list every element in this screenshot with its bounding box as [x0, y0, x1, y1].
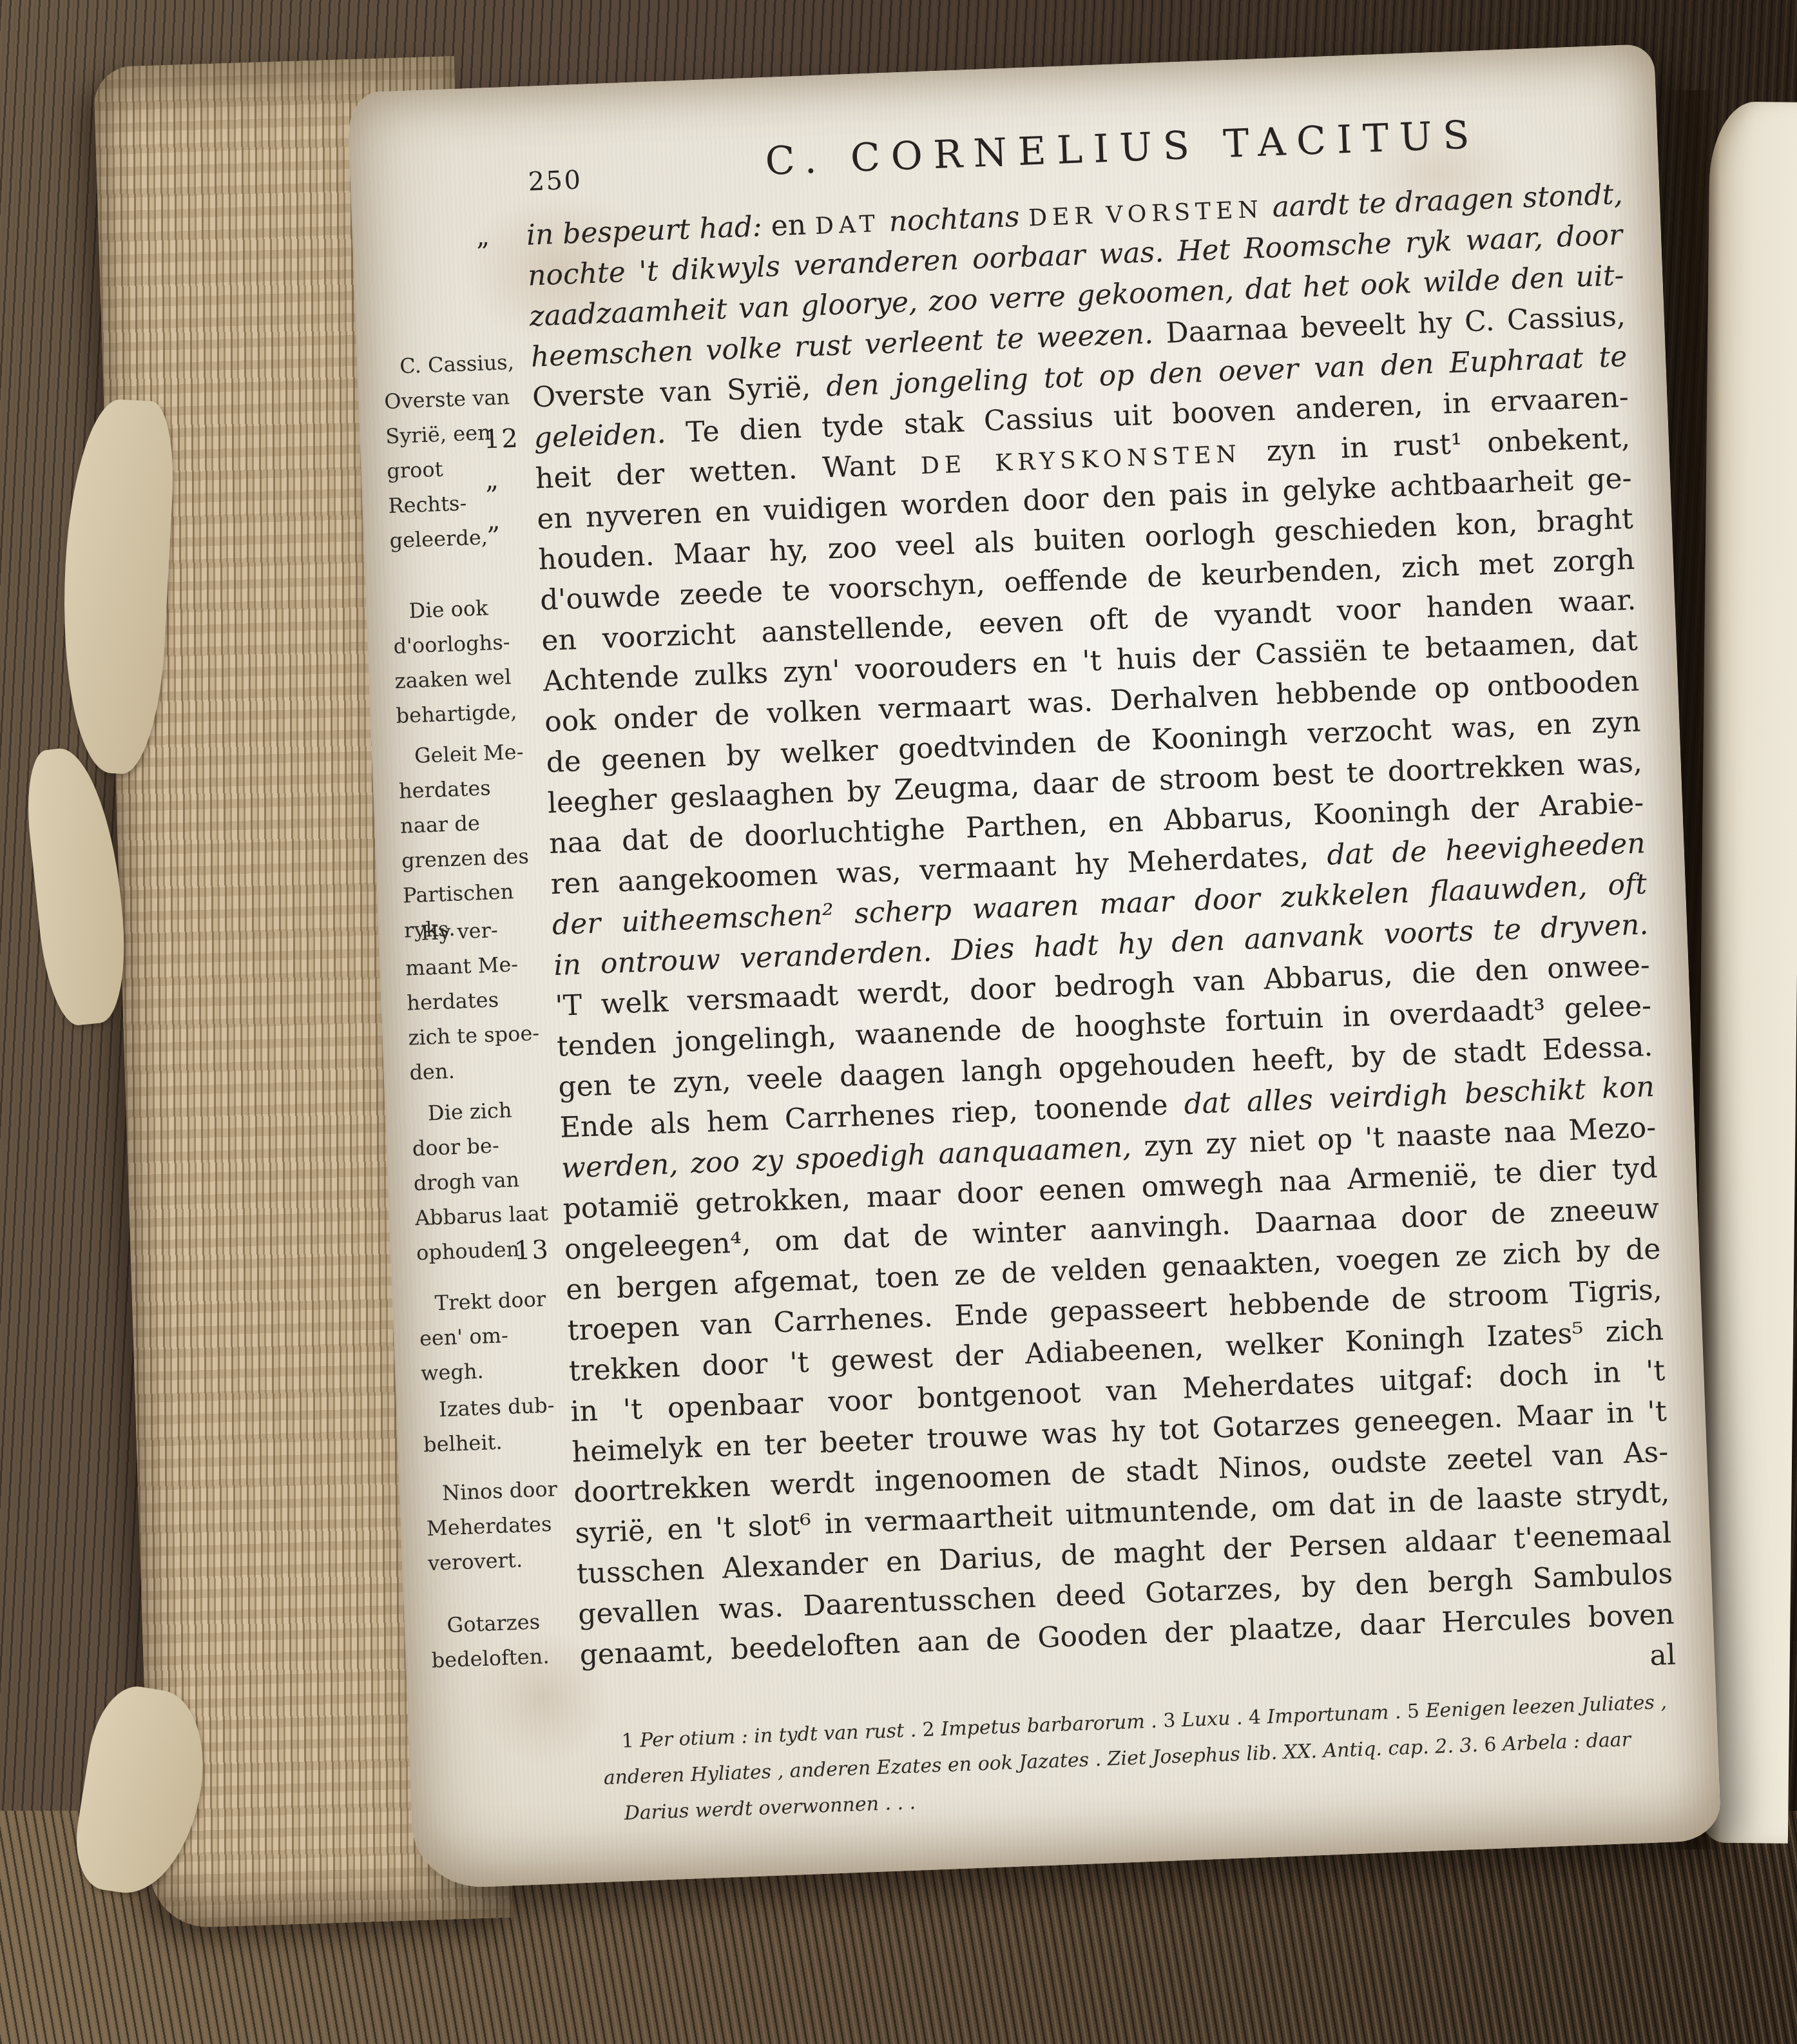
margin-note-line: naar de — [399, 804, 541, 844]
italic-text: Per otium : in tydt van rust . — [640, 1719, 923, 1751]
italic-text: Eenigen leezen Juliates , — [1425, 1691, 1667, 1722]
margin-note-line: herdates — [406, 980, 548, 1020]
margin-note-line: Ninos door — [425, 1471, 566, 1511]
running-title: C. CORNELIUS TACITUS — [626, 107, 1620, 189]
roman-text: 2 — [922, 1718, 941, 1741]
page-number: 250 — [528, 165, 582, 197]
roman-text: 1 — [621, 1730, 640, 1753]
smallcaps-text: DAT — [814, 210, 880, 240]
italic-text: in bespeurt had: — [526, 210, 772, 252]
italic-text: Luxu . — [1181, 1706, 1249, 1731]
margin-note-line: Meherdates — [426, 1506, 568, 1546]
margin-note-line: bedeloften. — [431, 1638, 573, 1678]
margin-note-line: grenzen des — [401, 838, 543, 878]
roman-text: 3 — [1163, 1709, 1182, 1732]
margin-note-line: Gotarzes — [430, 1603, 572, 1643]
margin-note-line: behartigde, — [396, 693, 537, 733]
photo-scene: 250 C. CORNELIUS TACITUS „in bespeurt ha… — [0, 0, 1797, 2044]
margin-note: Trekt dooreen' om-wegh. — [418, 1281, 562, 1391]
roman-text: 4 — [1248, 1706, 1267, 1729]
margin-note-line: herdates — [398, 769, 540, 809]
margin-note-line: door be- — [412, 1126, 553, 1166]
roman-text: 5 — [1407, 1700, 1426, 1723]
smallcaps-text: VORSTEN — [1106, 196, 1264, 229]
margin-note-line: drogh van — [413, 1161, 555, 1200]
roman-text: Overste van Syrië, — [532, 370, 827, 414]
margin-note-line: wegh. — [420, 1351, 562, 1391]
margin-note-line: den. — [408, 1050, 550, 1090]
margin-note-line: Die ook — [392, 589, 533, 629]
margin-note-line: Izates dub- — [421, 1387, 563, 1427]
margin-note: Die zichdoor be-drogh vanAbbarus laatoph… — [410, 1091, 557, 1270]
margin-note: Izates dub-belheit. — [421, 1387, 564, 1462]
margin-note-line: zaaken wel — [394, 659, 536, 699]
margin-note: C. Cassius,Overste vanSyrië, eengrootRec… — [382, 344, 530, 558]
roman-text: en — [771, 208, 816, 243]
margin-note-line: Partischen — [402, 873, 544, 913]
margin-note: Hy ver-maant Me-herdateszich te spoe-den… — [403, 911, 550, 1090]
margin-note-line: belheit. — [423, 1422, 564, 1462]
margin-note-line: een' om- — [419, 1316, 561, 1356]
margin-note: Die ookd'oorloghs-zaaken welbehartigde, — [392, 589, 537, 733]
italic-text: Importunam . — [1267, 1701, 1408, 1728]
smallcaps-text: DE KRYSKONSTEN — [920, 440, 1242, 479]
roman-text: 6 — [1484, 1733, 1503, 1757]
gutter-mark: „ — [476, 215, 518, 257]
italic-text: Darius werdt overwonnen . . . — [624, 1791, 916, 1825]
body-text: „in bespeurt had: en DAT nochtans DER VO… — [526, 174, 1675, 1675]
margin-note-line: Hy ver- — [403, 911, 545, 950]
margin-note-line: verovert. — [427, 1541, 569, 1581]
margin-note-line: geleerde, — [389, 518, 530, 558]
margin-note-line: Trekt door — [418, 1281, 559, 1321]
italic-text: geleiden. — [533, 416, 687, 455]
margin-note-line: ophouden. — [416, 1230, 557, 1270]
margin-note-line: Rechts- — [387, 483, 529, 523]
margin-note-line: groot — [386, 448, 528, 488]
margin-note-line: d'oorloghs- — [393, 624, 535, 664]
italic-text: nochtans — [879, 200, 1029, 239]
margin-note: Gotarzesbedeloften. — [430, 1603, 573, 1678]
italic-text: Arbela : daar — [1502, 1728, 1631, 1755]
margin-note-line: Die zich — [410, 1091, 552, 1131]
italic-text: Impetus barbarorum . — [941, 1710, 1164, 1740]
smallcaps-text: DER — [1028, 202, 1098, 232]
margin-note-line: Overste van — [383, 379, 525, 419]
margin-note-line: maant Me- — [405, 945, 546, 985]
margin-note-line: Geleit Me- — [397, 734, 539, 774]
margin-note-line: C. Cassius, — [382, 344, 524, 384]
margin-note-line: Abbarus laat — [414, 1195, 556, 1235]
margin-note-line: zich te spoe- — [407, 1015, 549, 1055]
margin-note: Ninos doorMeherdatesverovert. — [425, 1471, 569, 1581]
main-page: 250 C. CORNELIUS TACITUS „in bespeurt ha… — [347, 44, 1721, 1889]
margin-note-line: Syrië, een — [385, 414, 526, 454]
